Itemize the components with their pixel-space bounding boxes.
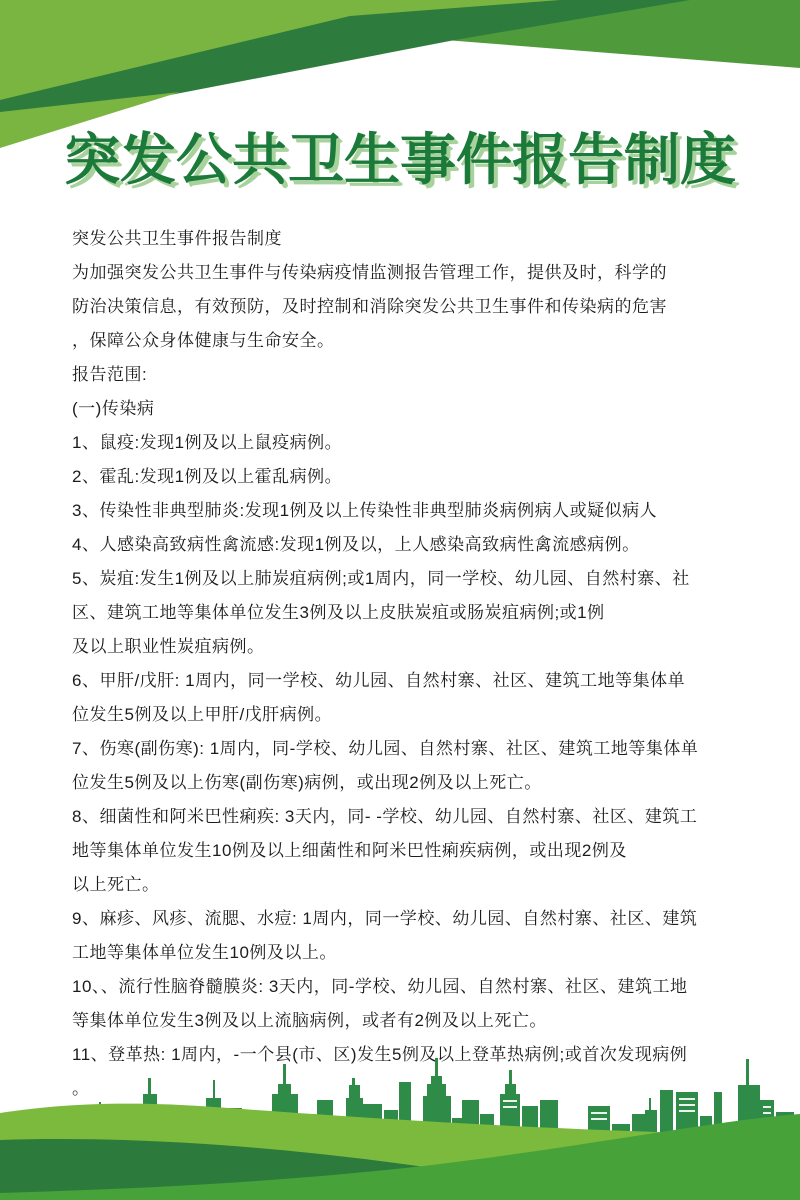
body-line: 地等集体单位发生10例及以上细菌性和阿米巴性痢疾病例，或出现2例及 xyxy=(72,834,740,868)
body-line: 6、甲肝/戊肝: 1周内，同一学校、幼儿园、自然村寨、社区、建筑工地等集体单 xyxy=(72,664,740,698)
body-line: 报告范围: xyxy=(72,358,740,392)
body-line: 以上死亡。 xyxy=(72,868,740,902)
body-line: 及以上职业性炭疽病例。 xyxy=(72,630,740,664)
body-line: 7、伤寒(副伤寒): 1周内，同-学校、幼儿园、自然村寨、社区、建筑工地等集体单 xyxy=(72,732,740,766)
poster: 突发公共卫生事件报告制度 突发公共卫生事件报告制度为加强突发公共卫生事件与传染病… xyxy=(0,0,800,1200)
body-text: 突发公共卫生事件报告制度为加强突发公共卫生事件与传染病疫情监测报告管理工作，提供… xyxy=(72,222,740,1106)
body-line: (一)传染病 xyxy=(72,392,740,426)
body-line: 为加强突发公共卫生事件与传染病疫情监测报告管理工作，提供及时，科学的 xyxy=(72,256,740,290)
body-line: 8、细菌性和阿米巴性痢疾: 3天内，同- -学校、幼儿园、自然村寨、社区、建筑工 xyxy=(72,800,740,834)
body-line: 等集体单位发生3例及以上流脑病例，或者有2例及以上死亡。 xyxy=(72,1004,740,1038)
body-line: 区、建筑工地等集体单位发生3例及以上皮肤炭疽或肠炭疽病例;或1例 xyxy=(72,596,740,630)
body-line: 防治决策信息，有效预防，及时控制和消除突发公共卫生事件和传染病的危害 xyxy=(72,290,740,324)
body-line: 突发公共卫生事件报告制度 xyxy=(72,222,740,256)
body-line: ，保障公众身体健康与生命安全。 xyxy=(72,324,740,358)
body-line: 2、霍乱:发现1例及以上霍乱病例。 xyxy=(72,460,740,494)
body-line: 4、人感染高致病性禽流感:发现1例及以，上人感染高致病性禽流感病例。 xyxy=(72,528,740,562)
body-line: 工地等集体单位发生10例及以上。 xyxy=(72,936,740,970)
body-line: 9、麻疹、风疹、流腮、水痘: 1周内，同一学校、幼儿园、自然村寨、社区、建筑 xyxy=(72,902,740,936)
header-ribbon-decoration xyxy=(0,0,800,230)
footer-decoration xyxy=(0,1040,800,1200)
body-line: 1、鼠疫:发现1例及以上鼠疫病例。 xyxy=(72,426,740,460)
body-line: 5、炭疽:发生1例及以上肺炭疽病例;或1周内，同一学校、幼儿园、自然村寨、社 xyxy=(72,562,740,596)
body-line: 位发生5例及以上甲肝/戊肝病例。 xyxy=(72,698,740,732)
body-line: 位发生5例及以上伤寒(副伤寒)病例，或出现2例及以上死亡。 xyxy=(72,766,740,800)
poster-title: 突发公共卫生事件报告制度 xyxy=(0,128,800,194)
body-line: 10、、流行性脑脊髓膜炎: 3天内，同-学校、幼儿园、自然村寨、社区、建筑工地 xyxy=(72,970,740,1004)
body-line: 3、传染性非典型肺炎:发现1例及以上传染性非典型肺炎病例病人或疑似病人 xyxy=(72,494,740,528)
